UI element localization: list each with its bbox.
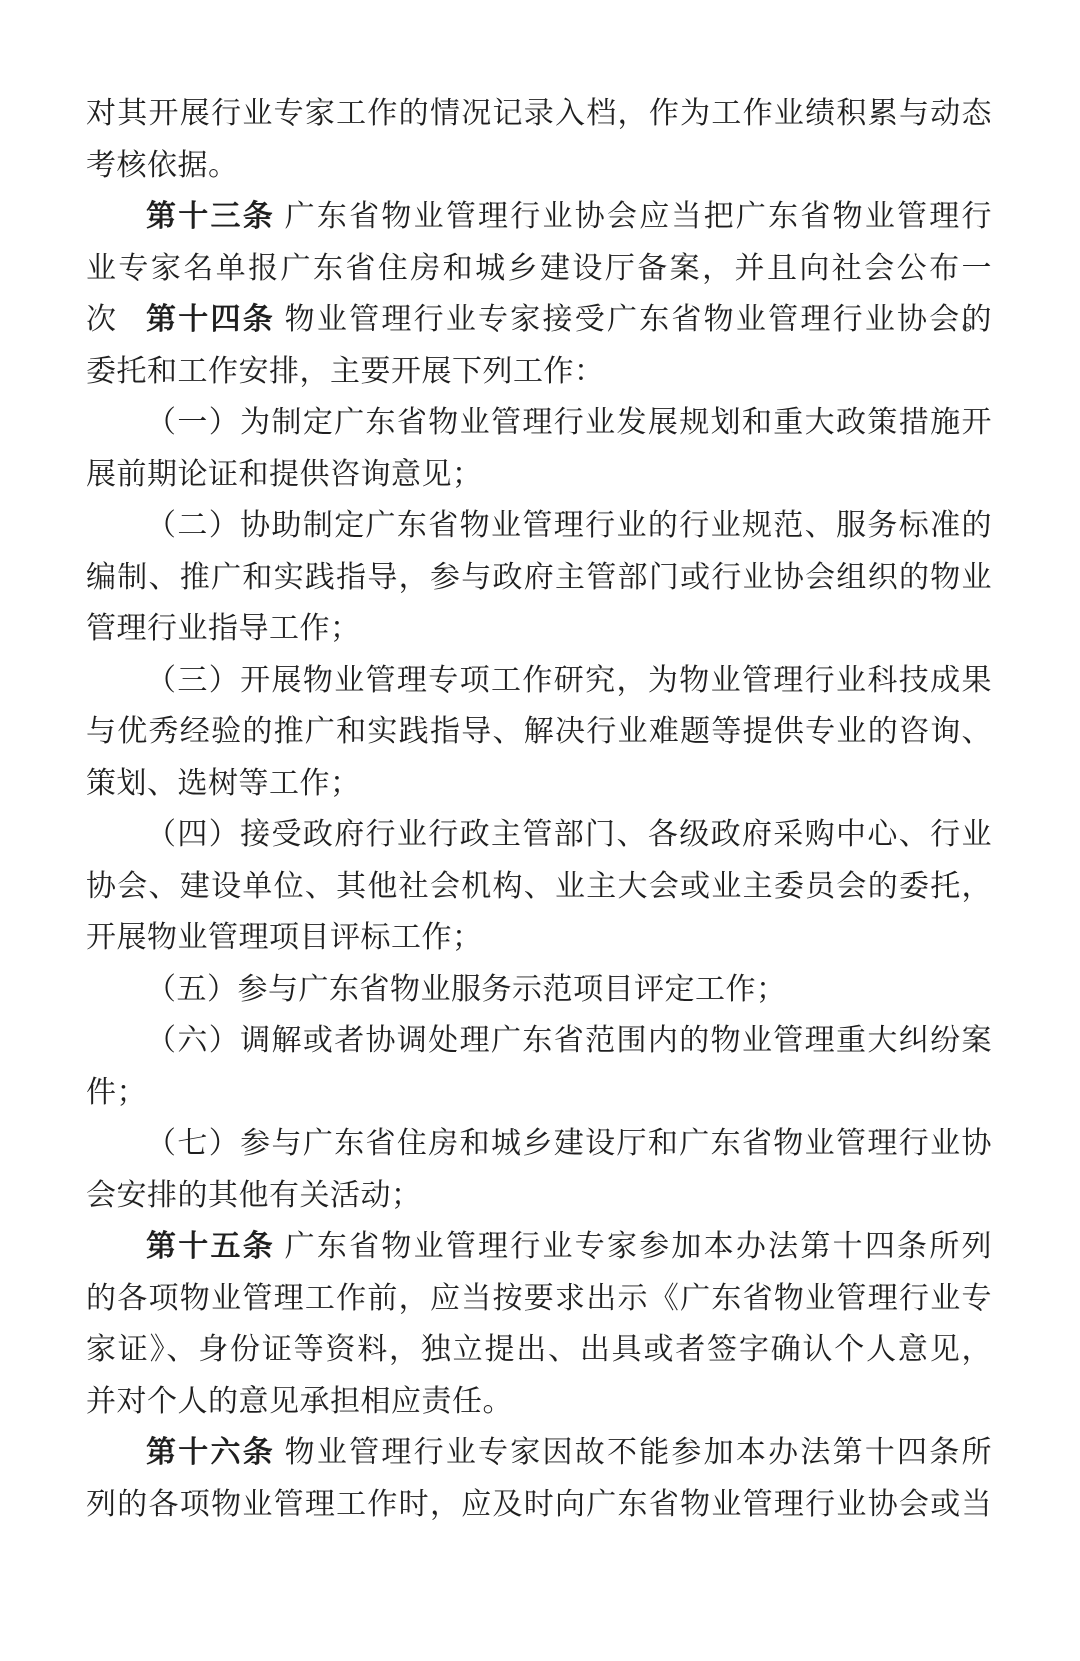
line-text: （二）协助制定广东省物业管理行业的行业规范、服务标准的 <box>146 509 992 542</box>
text-line: 协会、建设单位、其他社会机构、业主大会或业主委员会的委托， <box>86 861 992 913</box>
line-text: （六）调解或者协调处理广东省范围内的物业管理重大纠纷案 <box>146 1024 992 1057</box>
line-text: 对其开展行业专家工作的情况记录入档，作为工作业绩积累与动态 <box>86 97 992 130</box>
line-text: （三）开展物业管理专项工作研究，为物业管理行业科技成果 <box>146 664 992 697</box>
line-text: 策划、选树等工作； <box>86 767 361 800</box>
article-number: 第十四条 <box>146 303 275 336</box>
document-page: 对其开展行业专家工作的情况记录入档，作为工作业绩积累与动态考核依据。第十三条 广… <box>0 0 1080 1661</box>
line-text: 开展物业管理项目评标工作； <box>86 921 483 954</box>
text-line: 的各项物业管理工作前，应当按要求出示《广东省物业管理行业专 <box>86 1273 992 1325</box>
text-line: 第十五条 广东省物业管理行业专家参加本办法第十四条所列 <box>86 1221 992 1273</box>
line-text: 编制、推广和实践指导，参与政府主管部门或行业协会组织的物业 <box>86 561 992 594</box>
text-line: 列的各项物业管理工作时，应及时向广东省物业管理行业协会或当 <box>86 1479 992 1531</box>
line-text: 会安排的其他有关活动； <box>86 1179 422 1212</box>
text-line: （七）参与广东省住房和城乡建设厅和广东省物业管理行业协 <box>86 1118 992 1170</box>
line-text: （七）参与广东省住房和城乡建设厅和广东省物业管理行业协 <box>146 1127 992 1160</box>
text-line: （四）接受政府行业行政主管部门、各级政府采购中心、行业 <box>86 809 992 861</box>
text-line: 家证》、身份证等资料，独立提出、出具或者签字确认个人意见， <box>86 1324 992 1376</box>
text-line: （二）协助制定广东省物业管理行业的行业规范、服务标准的 <box>86 500 992 552</box>
line-text: 管理行业指导工作； <box>86 612 361 645</box>
text-line: 第十四条 物业管理行业专家接受广东省物业管理行业协会的 <box>86 294 992 346</box>
article-number: 第十三条 <box>146 200 275 233</box>
text-line: 并对个人的意见承担相应责任。 <box>86 1376 992 1428</box>
text-line: 会安排的其他有关活动； <box>86 1170 992 1222</box>
text-line: 第十三条 广东省物业管理行业协会应当把广东省物业管理行 <box>86 191 992 243</box>
text-line: 策划、选树等工作； <box>86 758 992 810</box>
line-text: 物业管理行业专家接受广东省物业管理行业协会的 <box>275 303 992 336</box>
line-text: 件； <box>86 1076 147 1109</box>
line-text: 协会、建设单位、其他社会机构、业主大会或业主委员会的委托， <box>86 870 992 903</box>
text-line: 开展物业管理项目评标工作； <box>86 912 992 964</box>
text-line: 编制、推广和实践指导，参与政府主管部门或行业协会组织的物业 <box>86 552 992 604</box>
article-number: 第十六条 <box>146 1436 275 1469</box>
line-text: 列的各项物业管理工作时，应及时向广东省物业管理行业协会或当 <box>86 1488 992 1521</box>
text-line: （五）参与广东省物业服务示范项目评定工作； <box>86 964 992 1016</box>
text-line: 件； <box>86 1067 992 1119</box>
text-line: （一）为制定广东省物业管理行业发展规划和重大政策措施开 <box>86 397 992 449</box>
text-line: 对其开展行业专家工作的情况记录入档，作为工作业绩积累与动态 <box>86 88 992 140</box>
article-number: 第十五条 <box>146 1230 275 1263</box>
text-line: （六）调解或者协调处理广东省范围内的物业管理重大纠纷案 <box>86 1015 992 1067</box>
line-text: 并对个人的意见承担相应责任。 <box>86 1385 513 1418</box>
line-text: 委托和工作安排，主要开展下列工作： <box>86 355 605 388</box>
document-body: 对其开展行业专家工作的情况记录入档，作为工作业绩积累与动态考核依据。第十三条 广… <box>86 88 992 1530</box>
text-line: 第十六条 物业管理行业专家因故不能参加本办法第十四条所 <box>86 1427 992 1479</box>
text-line: （三）开展物业管理专项工作研究，为物业管理行业科技成果 <box>86 655 992 707</box>
text-line: 展前期论证和提供咨询意见； <box>86 449 992 501</box>
text-line: 业专家名单报广东省住房和城乡建设厅备案，并且向社会公布一次。 <box>86 243 992 295</box>
line-text: 物业管理行业专家因故不能参加本办法第十四条所 <box>275 1436 992 1469</box>
line-text: 与优秀经验的推广和实践指导、解决行业难题等提供专业的咨询、 <box>86 715 992 748</box>
text-line: 考核依据。 <box>86 140 992 192</box>
line-text: 的各项物业管理工作前，应当按要求出示《广东省物业管理行业专 <box>86 1282 992 1315</box>
line-text: 广东省物业管理行业协会应当把广东省物业管理行 <box>275 200 992 233</box>
line-text: 考核依据。 <box>86 149 239 182</box>
line-text: （五）参与广东省物业服务示范项目评定工作； <box>146 973 787 1006</box>
line-text: 广东省物业管理行业专家参加本办法第十四条所列 <box>275 1230 992 1263</box>
line-text: 展前期论证和提供咨询意见； <box>86 458 483 491</box>
line-text: （四）接受政府行业行政主管部门、各级政府采购中心、行业 <box>146 818 992 851</box>
line-text: （一）为制定广东省物业管理行业发展规划和重大政策措施开 <box>146 406 992 439</box>
line-text: 家证》、身份证等资料，独立提出、出具或者签字确认个人意见， <box>86 1333 992 1366</box>
text-line: 管理行业指导工作； <box>86 603 992 655</box>
text-line: 委托和工作安排，主要开展下列工作： <box>86 346 992 398</box>
text-line: 与优秀经验的推广和实践指导、解决行业难题等提供专业的咨询、 <box>86 706 992 758</box>
